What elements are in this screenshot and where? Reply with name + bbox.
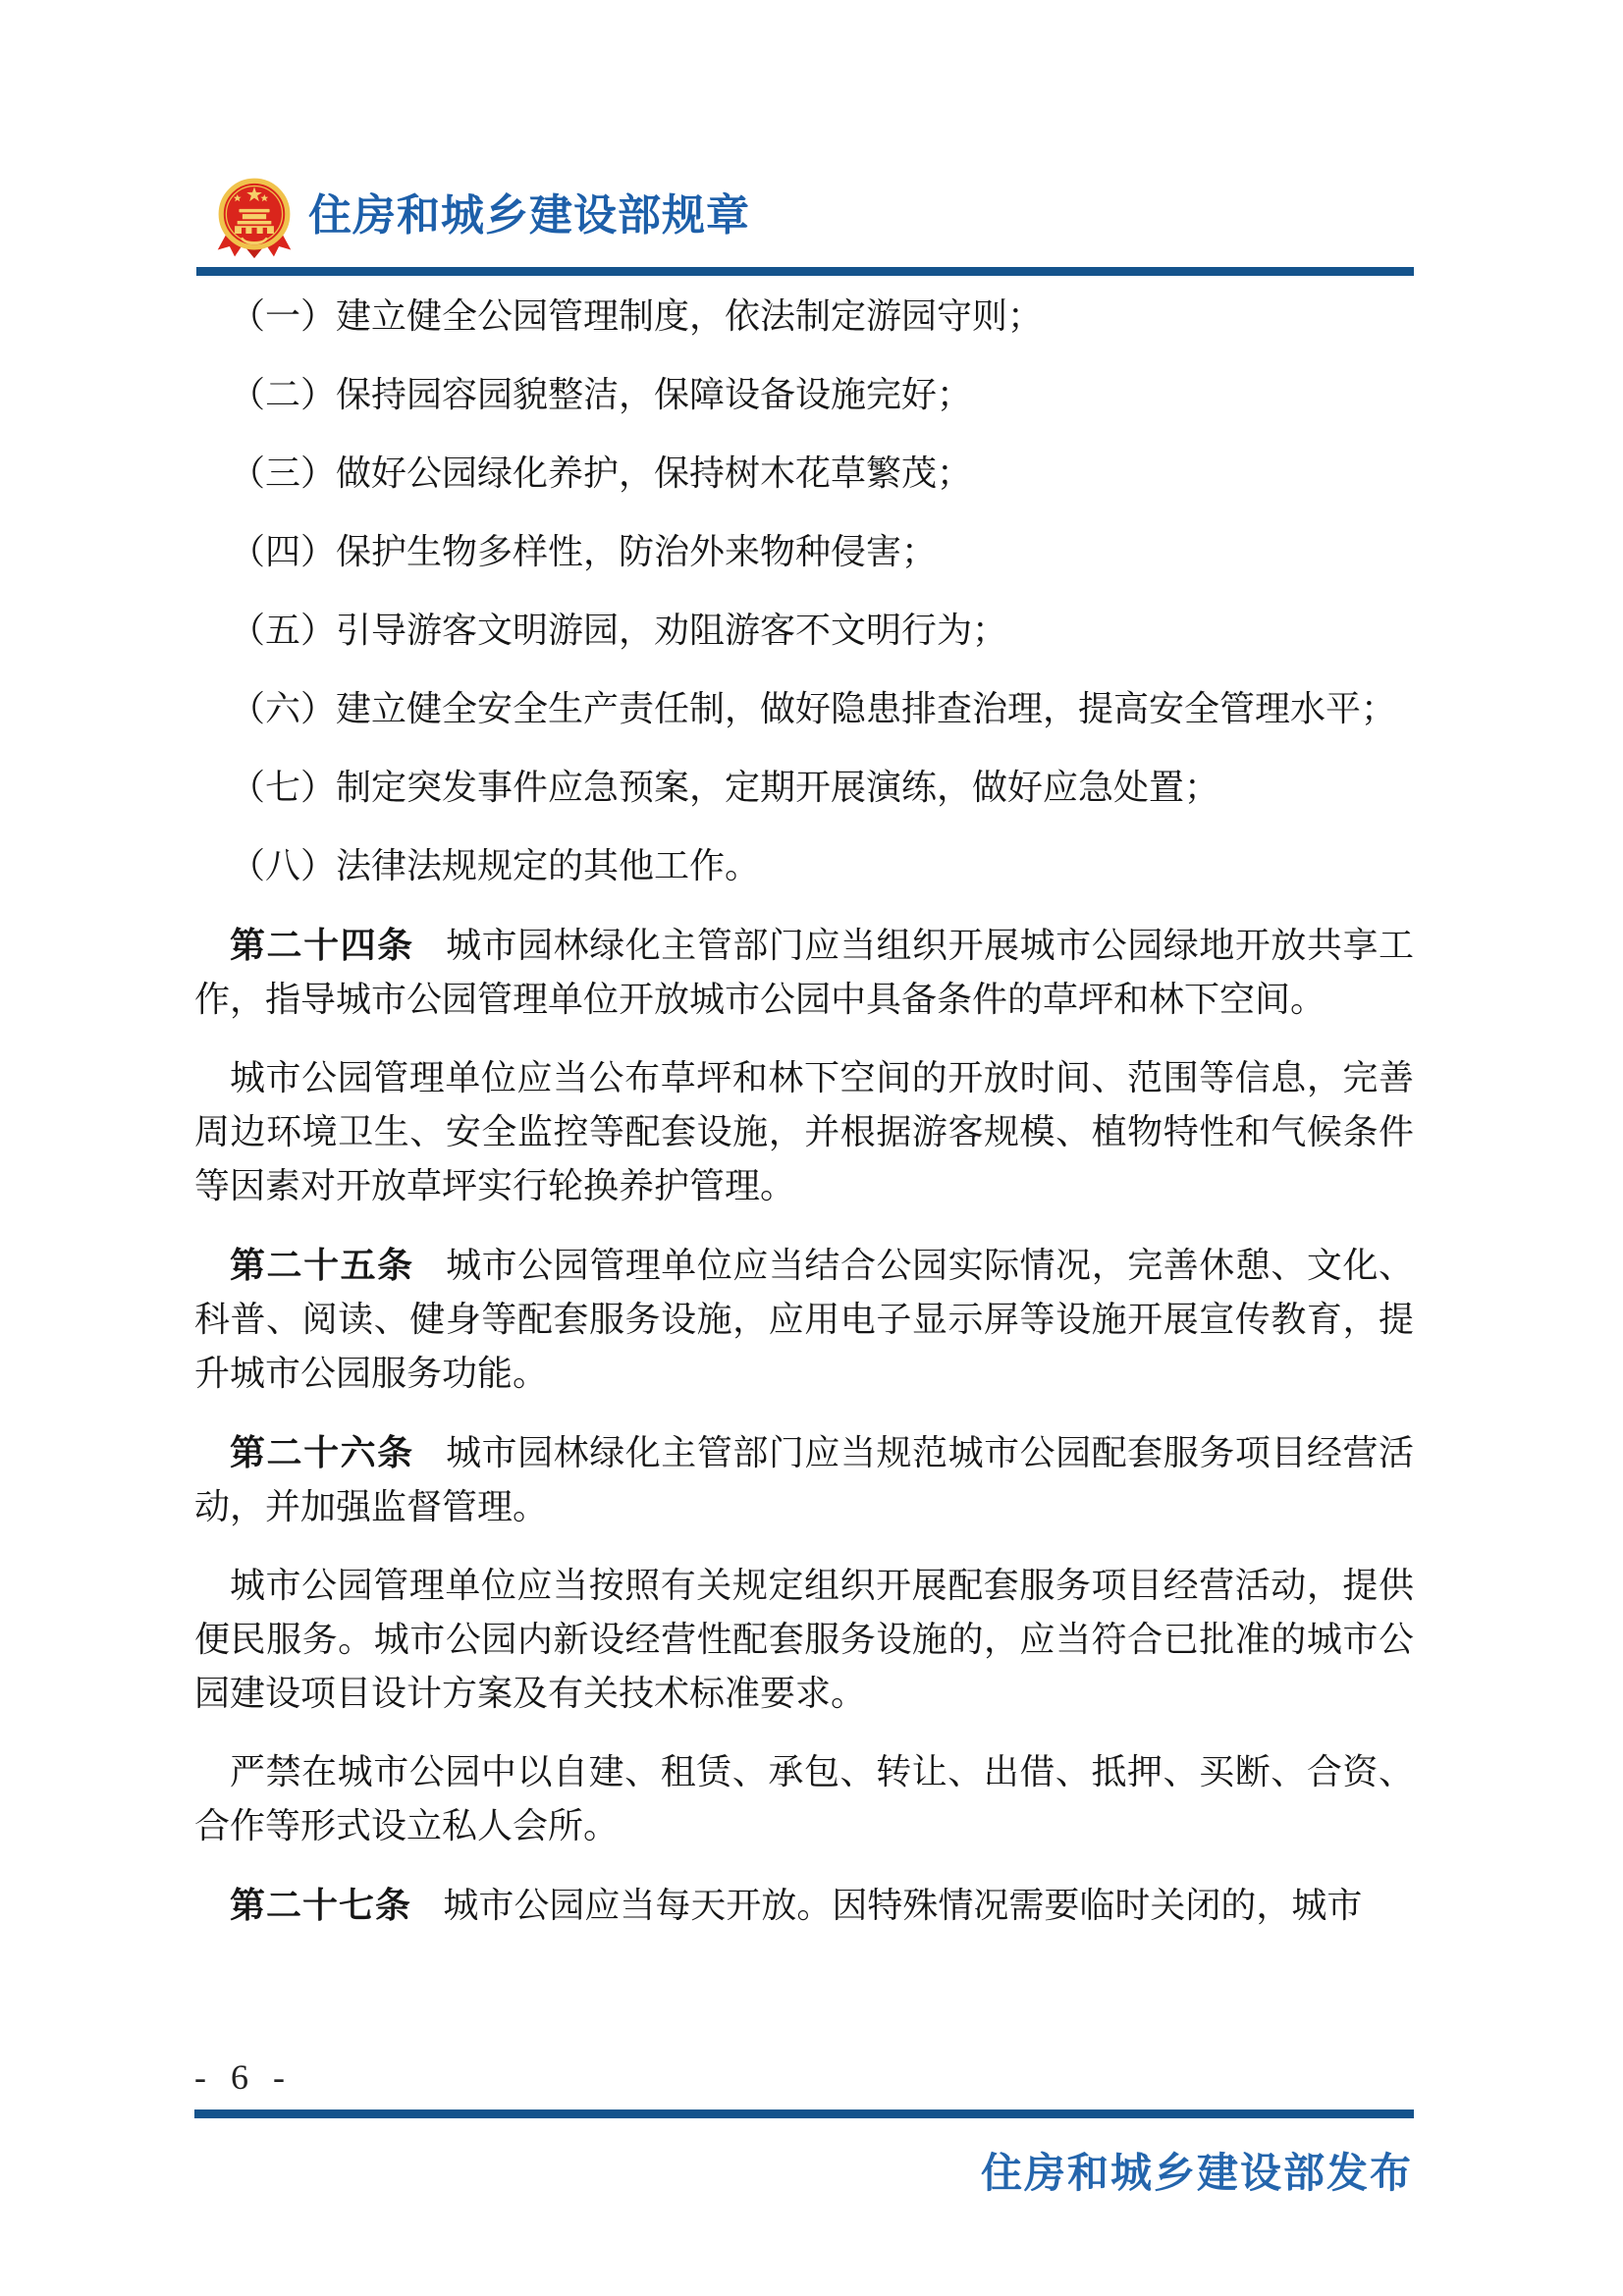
- document-page: 住房和城乡建设部规章 （一）建立健全公园管理制度，依法制定游园守则； （二）保持…: [0, 0, 1623, 2296]
- paragraph: 城市公园管理单位应当按照有关规定组织开展配套服务项目经营活动，提供便民服务。城市…: [194, 1559, 1414, 1721]
- header-divider: [196, 267, 1414, 276]
- paragraph: （三）做好公园绿化养护，保持树木花草繁茂；: [194, 447, 1414, 501]
- article-number: 第二十七条: [230, 1885, 411, 1925]
- paragraph-text: 城市公园管理单位应当按照有关规定组织开展配套服务项目经营活动，提供便民服务。城市…: [194, 1566, 1414, 1713]
- publisher-label: 住房和城乡建设部发布: [981, 2154, 1413, 2195]
- national-emblem-icon: [216, 178, 293, 264]
- paragraph: （七）制定突发事件应急预案，定期开展演练，做好应急处置；: [194, 761, 1414, 815]
- paragraph: （四）保护生物多样性，防治外来物种侵害；: [194, 525, 1414, 579]
- paragraph: （八）法律法规规定的其他工作。: [194, 839, 1414, 893]
- paragraph-text: （四）保护生物多样性，防治外来物种侵害；: [230, 532, 937, 571]
- paragraph-text: 城市公园管理单位应当公布草坪和林下空间的开放时间、范围等信息，完善周边环境卫生、…: [194, 1058, 1414, 1205]
- paragraph-text: （二）保持园容园貌整洁，保障设备设施完好；: [230, 375, 972, 414]
- paragraph: 第二十四条城市园林绿化主管部门应当组织开展城市公园绿地开放共享工作，指导城市公园…: [194, 918, 1414, 1027]
- paragraph: 严禁在城市公园中以自建、租赁、承包、转让、出借、抵押、买断、合资、合作等形式设立…: [194, 1745, 1414, 1853]
- paragraph: （二）保持园容园貌整洁，保障设备设施完好；: [194, 368, 1414, 422]
- paragraph: 第二十五条城市公园管理单位应当结合公园实际情况，完善休憩、文化、科普、阅读、健身…: [194, 1238, 1414, 1401]
- paragraph-text: 城市公园应当每天开放。因特殊情况需要临时关闭的，城市: [443, 1886, 1362, 1925]
- paragraph: （一）建立健全公园管理制度，依法制定游园守则；: [194, 290, 1414, 344]
- paragraph-text: （一）建立健全公园管理制度，依法制定游园守则；: [230, 296, 1043, 336]
- paragraph-text: （五）引导游客文明游园，劝阻游客不文明行为；: [230, 611, 1007, 650]
- document-body: （一）建立健全公园管理制度，依法制定游园守则； （二）保持园容园貌整洁，保障设备…: [194, 290, 1414, 1933]
- page-number: - 6 -: [194, 2059, 293, 2095]
- paragraph: 城市公园管理单位应当公布草坪和林下空间的开放时间、范围等信息，完善周边环境卫生、…: [194, 1051, 1414, 1213]
- article-number: 第二十四条: [230, 925, 414, 965]
- paragraph: 第二十七条城市公园应当每天开放。因特殊情况需要临时关闭的，城市: [194, 1878, 1414, 1933]
- header-title: 住房和城乡建设部规章: [308, 194, 750, 238]
- article-number: 第二十六条: [230, 1432, 414, 1472]
- paragraph: （六）建立健全安全生产责任制，做好隐患排查治理，提高安全管理水平；: [194, 682, 1414, 736]
- paragraph-text: （七）制定突发事件应急预案，定期开展演练，做好应急处置；: [230, 768, 1219, 807]
- paragraph-text: （八）法律法规规定的其他工作。: [230, 846, 760, 885]
- paragraph-text: （六）建立健全安全生产责任制，做好隐患排查治理，提高安全管理水平；: [230, 689, 1396, 728]
- footer-divider: [194, 2109, 1414, 2118]
- paragraph: 第二十六条城市园林绿化主管部门应当规范城市公园配套服务项目经营活动，并加强监督管…: [194, 1425, 1414, 1534]
- article-number: 第二十五条: [230, 1245, 414, 1285]
- paragraph: （五）引导游客文明游园，劝阻游客不文明行为；: [194, 604, 1414, 658]
- paragraph-text: 严禁在城市公园中以自建、租赁、承包、转让、出借、抵押、买断、合资、合作等形式设立…: [194, 1752, 1414, 1845]
- paragraph-text: （三）做好公园绿化养护，保持树木花草繁茂；: [230, 454, 972, 493]
